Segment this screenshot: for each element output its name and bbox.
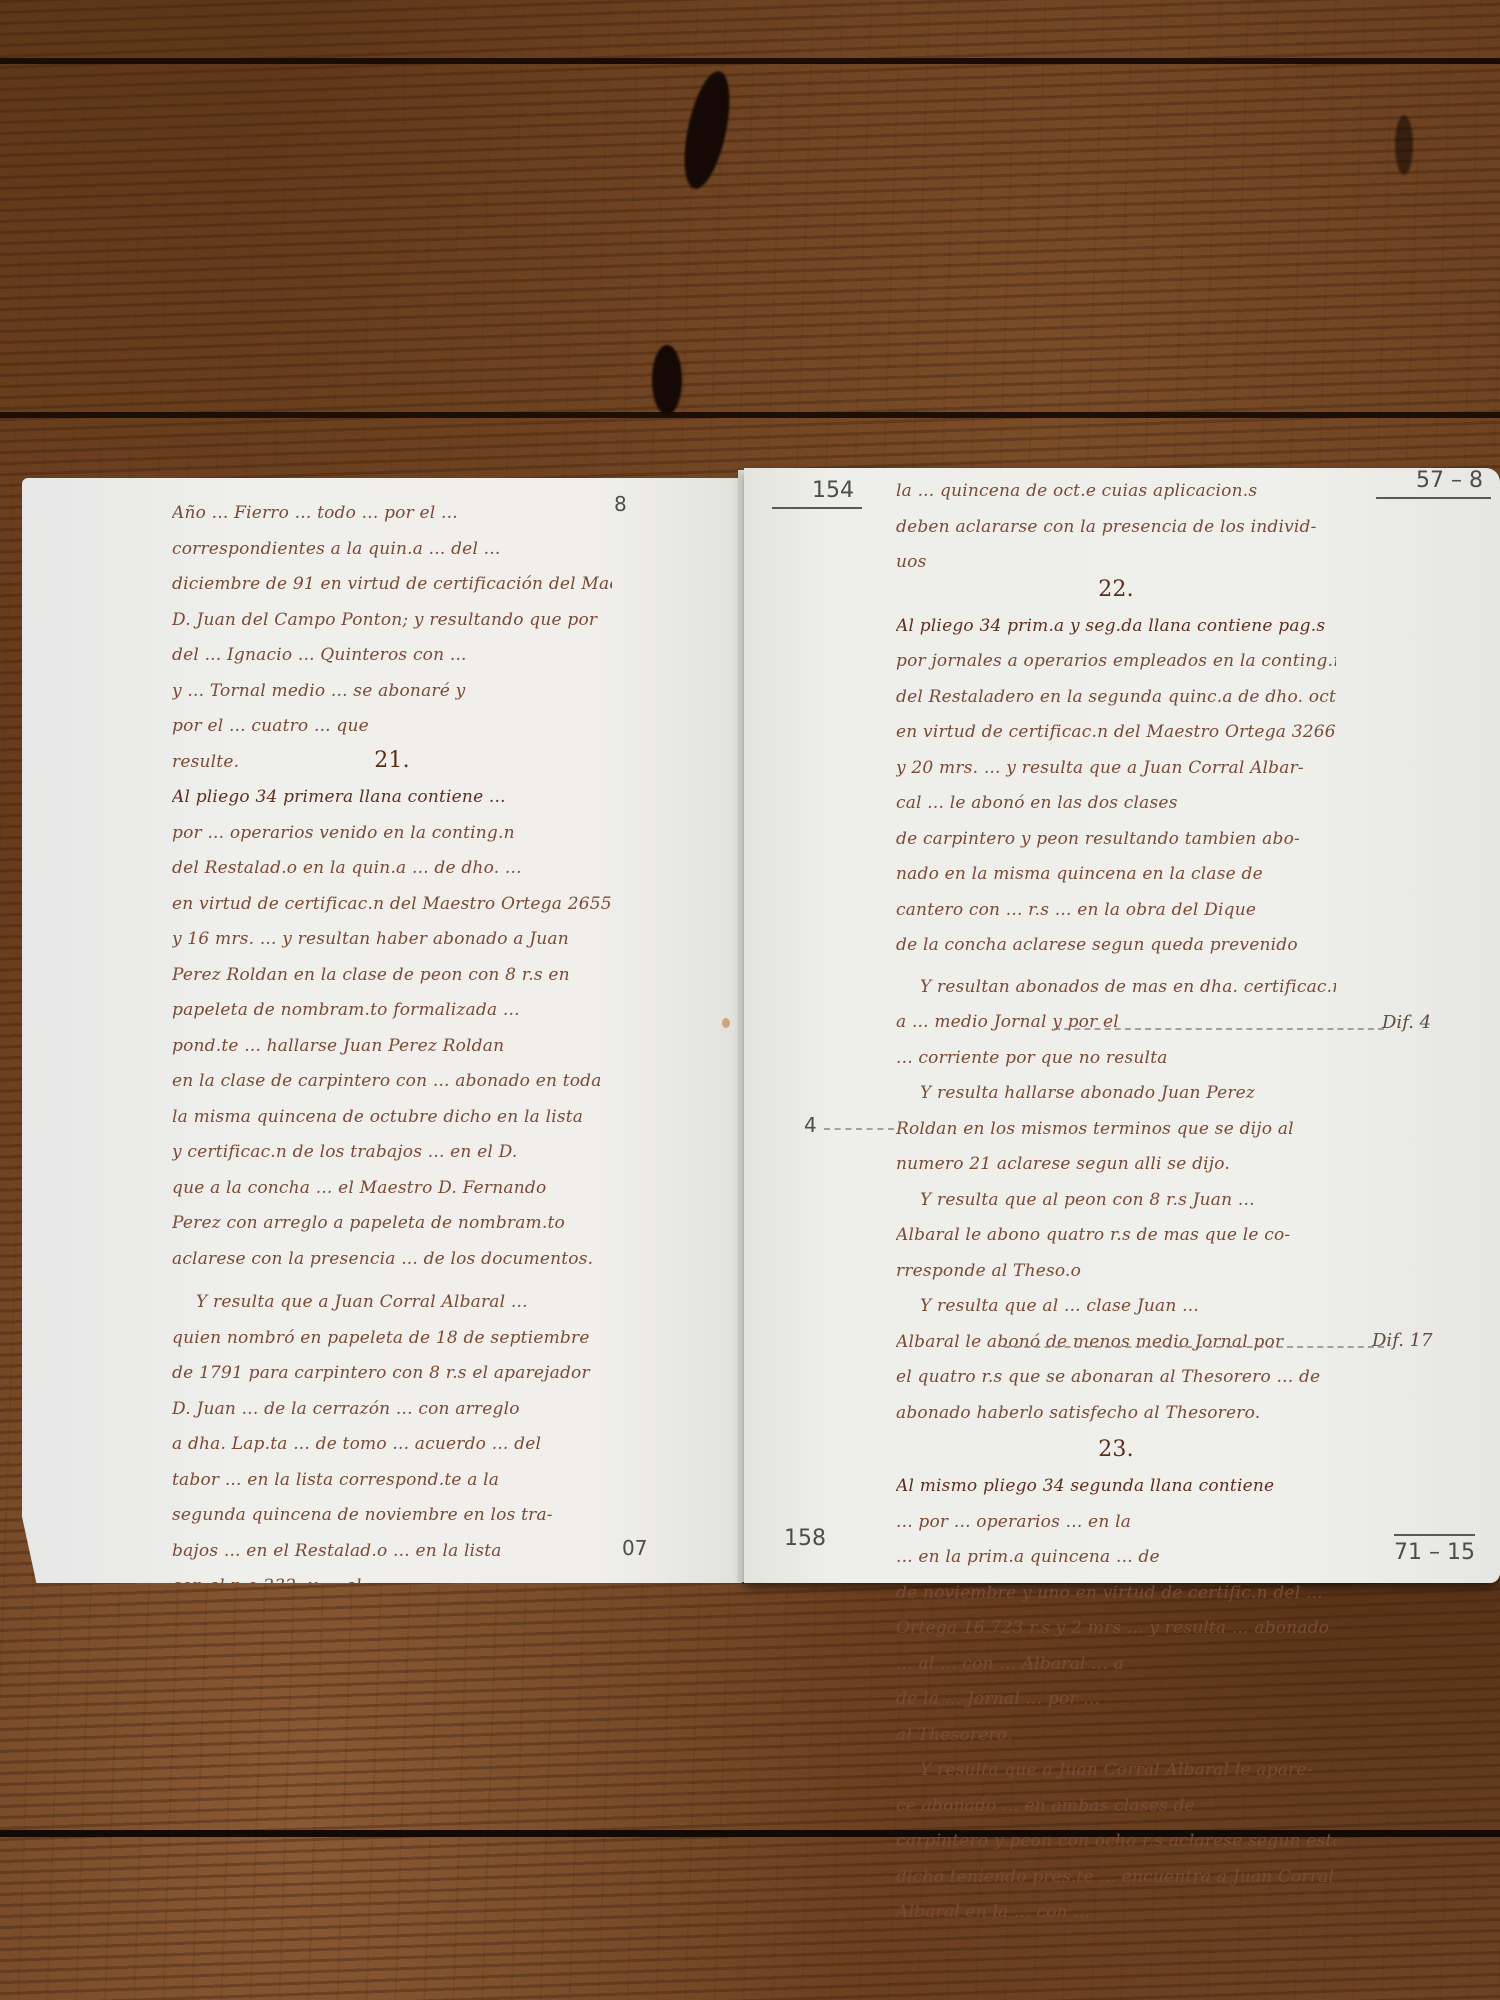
text-line: D. Juan del Campo Ponton; y resultando q… <box>172 603 612 639</box>
text-line: la misma quincena de octubre dicho en la… <box>172 1100 612 1136</box>
text-line: ... por ... operarios ... en la <box>896 1505 1336 1541</box>
ink-stain <box>722 1018 730 1028</box>
text-line: Roldan en los mismos terminos que se dij… <box>896 1112 1336 1148</box>
text-line: los trabajos del expresado restalad.o ..… <box>172 1711 612 1747</box>
text-line: Albaral le abonó de menos medio Jornal p… <box>896 1325 1336 1361</box>
text-line: dicho teniendo pres.te ... encuentra a J… <box>896 1860 1336 1896</box>
text-line: nado en la misma quincena en la clase de <box>896 857 1336 893</box>
text-line: del Restalad.o en la quin.a ... de dho. … <box>172 851 612 887</box>
text-line: en virtud de certificac.n del Maestro Or… <box>896 715 1336 751</box>
right-page: 154 57 – 8 la ... quincena de oct.e cuia… <box>744 468 1500 1583</box>
left-page-text: Año ... Fierro ... todo ... por el ... c… <box>172 496 612 1960</box>
text-line: Jornal por el Maestro D. Fernando Perez … <box>172 1924 612 1960</box>
text-line: Y resulta que a Juan Corral Albaral le a… <box>896 1753 1336 1789</box>
dotted-leader <box>824 1128 894 1130</box>
text-line: por jornales a operarios empleados en la… <box>896 644 1336 680</box>
text-line: y certificac.n de los trabajos ... en el… <box>172 1135 612 1171</box>
text-line: Albaral ... nombram.to ... de <box>172 1818 612 1854</box>
right-page-bottom-right-number: 71 – 15 <box>1394 1534 1475 1565</box>
text-line: Y resulta hallarse abonado Juan Perez <box>896 1076 1336 1112</box>
right-page-top-folio: 154 <box>772 478 862 509</box>
text-line: Albaral en la ... con ... <box>896 1895 1336 1931</box>
text-line: ... corriente por que no resulta <box>896 1041 1336 1077</box>
text-line: Al pliego 34 prim.a y seg.da llana conti… <box>896 609 1336 645</box>
text-line: deben aclararse con la presencia de los … <box>896 510 1336 546</box>
middle-margin-mark: 4 <box>804 1113 817 1137</box>
text-line: Perez con arreglo a papeleta de nombram.… <box>172 1206 612 1242</box>
wood-knot <box>676 67 738 192</box>
text-line: ce abonado ... en ambas clases de <box>896 1789 1336 1825</box>
text-line: aclarese con la presencia ... de los doc… <box>172 1242 612 1278</box>
dotted-leader <box>1004 1346 1384 1348</box>
text-line: Año ... Fierro ... todo ... por el ... <box>172 496 612 532</box>
text-line: D.n Christobal ... nombrado al <box>172 1605 612 1641</box>
text-line: por el ... cuatro ... que <box>172 709 612 745</box>
text-line: Y resulta que al ... clase Juan ... <box>896 1289 1336 1325</box>
text-line: y ... Tornal medio ... se abonaré y <box>172 674 612 710</box>
text-line: a ... medio Jornal y por el <box>896 1005 1336 1041</box>
text-line: cantero con ... r.s ... en la obra del D… <box>896 893 1336 929</box>
text-line: ... al ... con ... Albaral ... a <box>896 1647 1336 1683</box>
text-line: y 16 mrs. ... y resultan haber abonado a… <box>172 922 612 958</box>
text-line: Al mismo pliego 34 segunda llana contien… <box>896 1469 1336 1505</box>
left-page-top-number: 8 <box>614 492 627 516</box>
text-line: papeleta de nombram.to formalizada ... <box>172 993 612 1029</box>
text-line: el quatro r.s que se abonaran al Thesore… <box>896 1360 1336 1396</box>
right-page-bottom-folio: 158 <box>784 1526 826 1551</box>
wood-knot <box>652 345 682 415</box>
text-line: por ... operarios venido en la conting.n <box>172 816 612 852</box>
right-page-top-right-number: 57 – 8 <box>1376 468 1491 499</box>
text-line: 31 de ... de 91 ... abono en la clase de… <box>172 1853 612 1889</box>
text-line: Albaral le abono quatro r.s de mas que l… <box>896 1218 1336 1254</box>
text-line: tero en la obra del Dique de la concha c… <box>172 1889 612 1925</box>
text-line: y 20 mrs. ... y resulta que a Juan Corra… <box>896 751 1336 787</box>
text-line: que a la concha ... el Maestro D. Fernan… <box>172 1171 612 1207</box>
right-page-text: la ... quincena de oct.e cuias aplicacio… <box>896 474 1336 1931</box>
text-line: quien nombró en papeleta de 18 de septie… <box>172 1321 612 1357</box>
text-line: la ... quincena de oct.e cuias aplicacio… <box>896 474 1336 510</box>
text-line: de 1791 para carpintero con 8 r.s el apa… <box>172 1356 612 1392</box>
text-line: Al pliego 34 primera llana contiene ... <box>172 780 612 816</box>
text-line: de la ... Jornal ... por ... <box>896 1682 1336 1718</box>
text-line: D. Juan ... de la cerrazón ... con arreg… <box>172 1392 612 1428</box>
text-line: Y resulta que al peon con 8 r.s Juan ... <box>896 1183 1336 1219</box>
text-line: rresponde al Theso.o <box>896 1254 1336 1290</box>
open-manuscript: 8 Año ... Fierro ... todo ... por el ...… <box>22 478 1500 1583</box>
text-line: en la clase de carpintero con ... abonad… <box>172 1064 612 1100</box>
text-line: abonado haberlo satisfecho al Thesorero. <box>896 1396 1336 1432</box>
text-line: numero 21 aclarese segun alli se dijo. <box>896 1147 1336 1183</box>
section-heading-22: 22. <box>896 571 1336 609</box>
text-line: bajos ... en el Restalad.o ... en la lis… <box>172 1534 612 1570</box>
margin-note-dif-17: Dif. 17 <box>1372 1330 1433 1351</box>
margin-note-dif-4: Dif. 4 <box>1382 1012 1431 1033</box>
text-line: carpintero y peon con ocho r.s aclarese … <box>896 1824 1336 1860</box>
text-line: a dha. Lap.ta ... de tomo ... acuerdo ..… <box>172 1427 612 1463</box>
left-page: 8 Año ... Fierro ... todo ... por el ...… <box>22 478 742 1583</box>
text-line: Ortega 16.723 r.s y 2 mrs ... y resulta … <box>896 1611 1336 1647</box>
text-line: bas clases; tambien se encuentra a Juan … <box>172 1782 612 1818</box>
text-line: Y resulta que a Juan Corral Albaral ... <box>172 1285 612 1321</box>
text-line: tabor ... en la lista correspond.te a la <box>172 1463 612 1499</box>
text-line: del Restaladero en la segunda quinc.a de… <box>896 680 1336 716</box>
wood-knot <box>1395 115 1413 175</box>
text-line: de noviembre y uno en virtud de certific… <box>896 1576 1336 1612</box>
text-line: resulte. <box>172 745 612 781</box>
text-line: Perez Roldan en la clase de peon con 8 r… <box>172 958 612 994</box>
text-line: correspondientes a la quin.a ... del ... <box>172 532 612 568</box>
text-line: de la concha aclarese segun queda preven… <box>896 928 1336 964</box>
text-line: en la lista n.o 342 le consideró ... en … <box>172 1747 612 1783</box>
text-line: peon con ocho r.s en quatro de oct.e de … <box>172 1676 612 1712</box>
section-heading-23: 23. <box>896 1431 1336 1469</box>
text-line: con el n.o 232; y ... el ... <box>172 1569 612 1605</box>
text-line: pond.te ... hallarse Juan Perez Roldan <box>172 1029 612 1065</box>
text-line: en virtud de certificac.n del Maestro Or… <box>172 887 612 923</box>
dotted-leader <box>1054 1028 1384 1030</box>
text-line: diciembre de 91 en virtud de certificaci… <box>172 567 612 603</box>
left-page-bottom-number: 07 <box>622 1536 647 1560</box>
text-line: al Thesorero. <box>896 1718 1336 1754</box>
text-line: segunda quincena de noviembre en los tra… <box>172 1498 612 1534</box>
text-line: Y resultan abonados de mas en dha. certi… <box>896 970 1336 1006</box>
text-line: del ... Ignacio ... Quinteros con ... <box>172 638 612 674</box>
text-line: mismo Juan Corral Albaral en la clase de <box>172 1640 612 1676</box>
text-line: cal ... le abonó en las dos clases <box>896 786 1336 822</box>
text-line: de carpintero y peon resultando tambien … <box>896 822 1336 858</box>
text-line: ... en la prim.a quincena ... de <box>896 1540 1336 1576</box>
